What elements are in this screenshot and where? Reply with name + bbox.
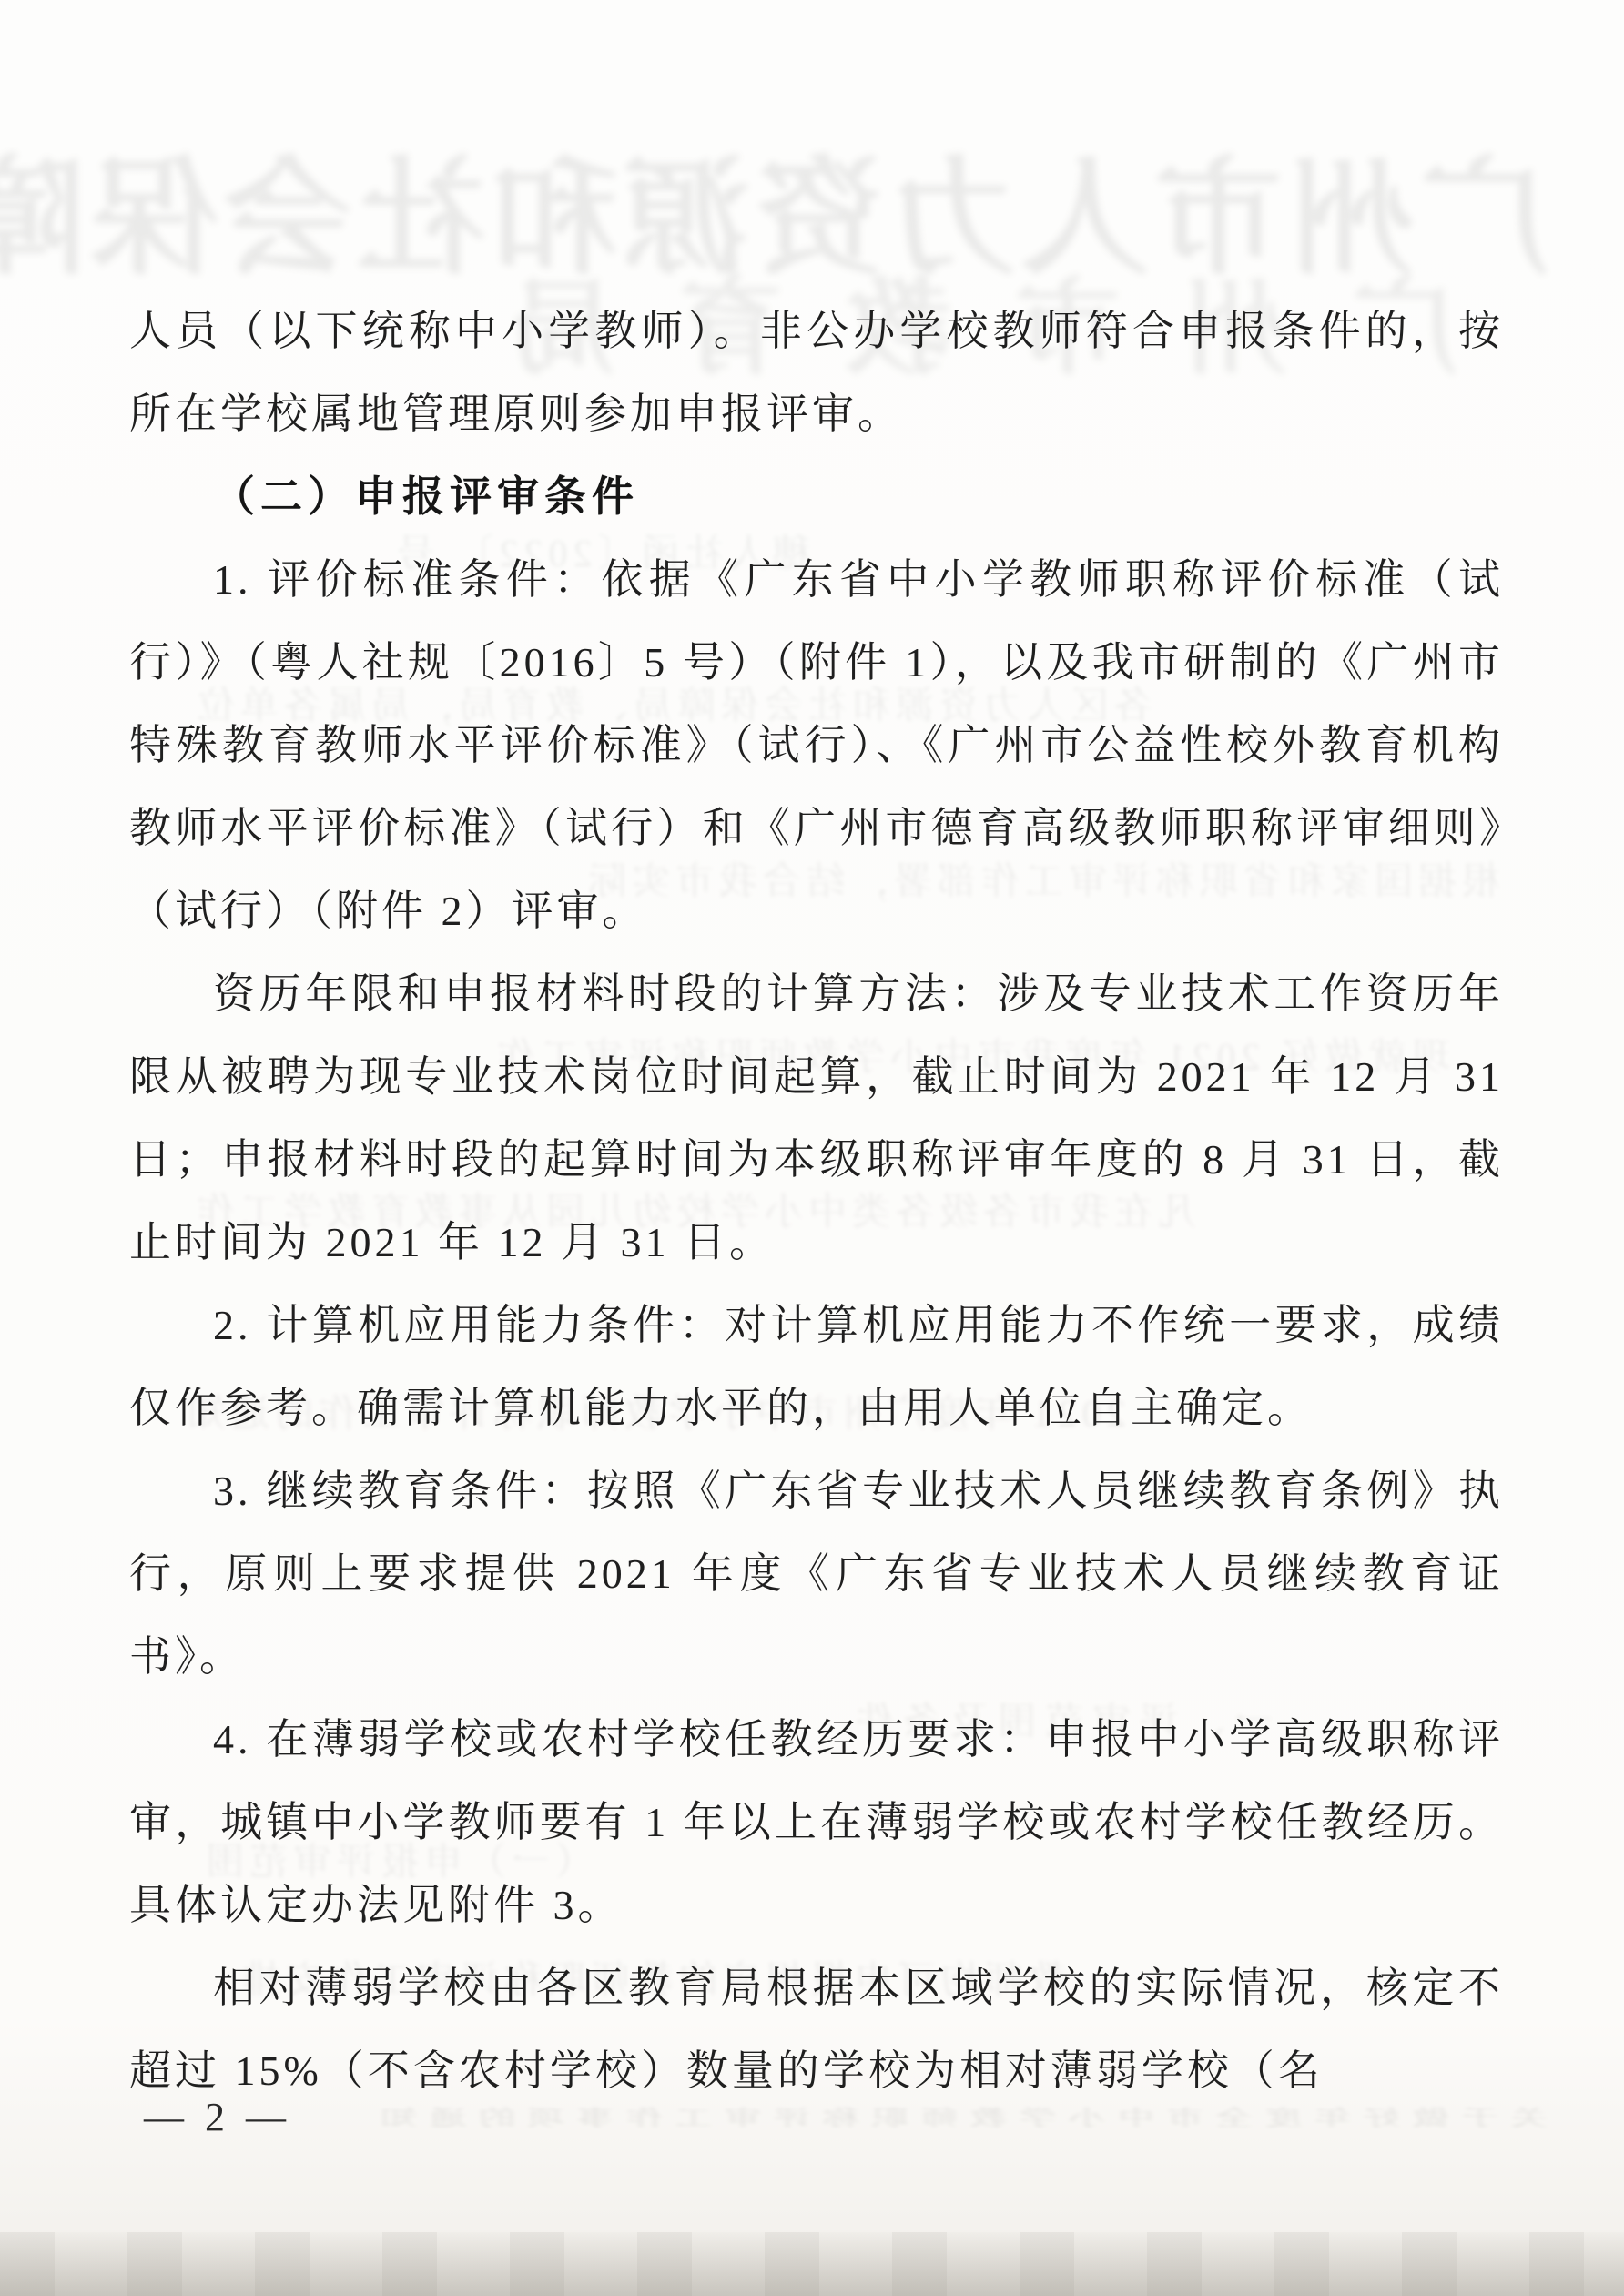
document-body: 人员（以下统称中小学教师）。非公办学校教师符合申报条件的，按所在学校属地管理原则… bbox=[129, 290, 1504, 2112]
paragraph-weak-school-rule: 相对薄弱学校由各区教育局根据本区域学校的实际情况，核定不超过 15%（不含农村学… bbox=[129, 1946, 1504, 2112]
bleedthrough-header-text: 广州市人力资源和社会保障局 bbox=[200, 117, 1548, 300]
paragraph-calculation-rule: 资历年限和申报材料时段的计算方法：涉及专业技术工作资历年限从被聘为现专业技术岗位… bbox=[129, 952, 1504, 1284]
section-heading: （二）申报评审条件 bbox=[129, 455, 1504, 538]
scanned-document-page: 广州市人力资源和社会保障局 广州市教育局 穗人社函〔2022〕 号 各区人力资源… bbox=[0, 0, 1624, 2296]
paragraph-item-1: 1. 评价标准条件：依据《广东省中小学教师职称评价标准（试行）》（粤人社规〔20… bbox=[129, 538, 1504, 952]
paragraph-item-4: 4. 在薄弱学校或农村学校任教经历要求：申报中小学高级职称评审，城镇中小学教师要… bbox=[129, 1698, 1504, 1946]
paragraph-item-2: 2. 计算机应用能力条件：对计算机应用能力不作统一要求，成绩仅作参考。确需计算机… bbox=[129, 1284, 1504, 1449]
scan-edge-shading bbox=[0, 2232, 1624, 2296]
paragraph-continued: 人员（以下统称中小学教师）。非公办学校教师符合申报条件的，按所在学校属地管理原则… bbox=[129, 290, 1504, 455]
page-number: — 2 — bbox=[144, 2094, 291, 2140]
paragraph-item-3: 3. 继续教育条件：按照《广东省专业技术人员继续教育条例》执行，原则上要求提供 … bbox=[129, 1449, 1504, 1698]
